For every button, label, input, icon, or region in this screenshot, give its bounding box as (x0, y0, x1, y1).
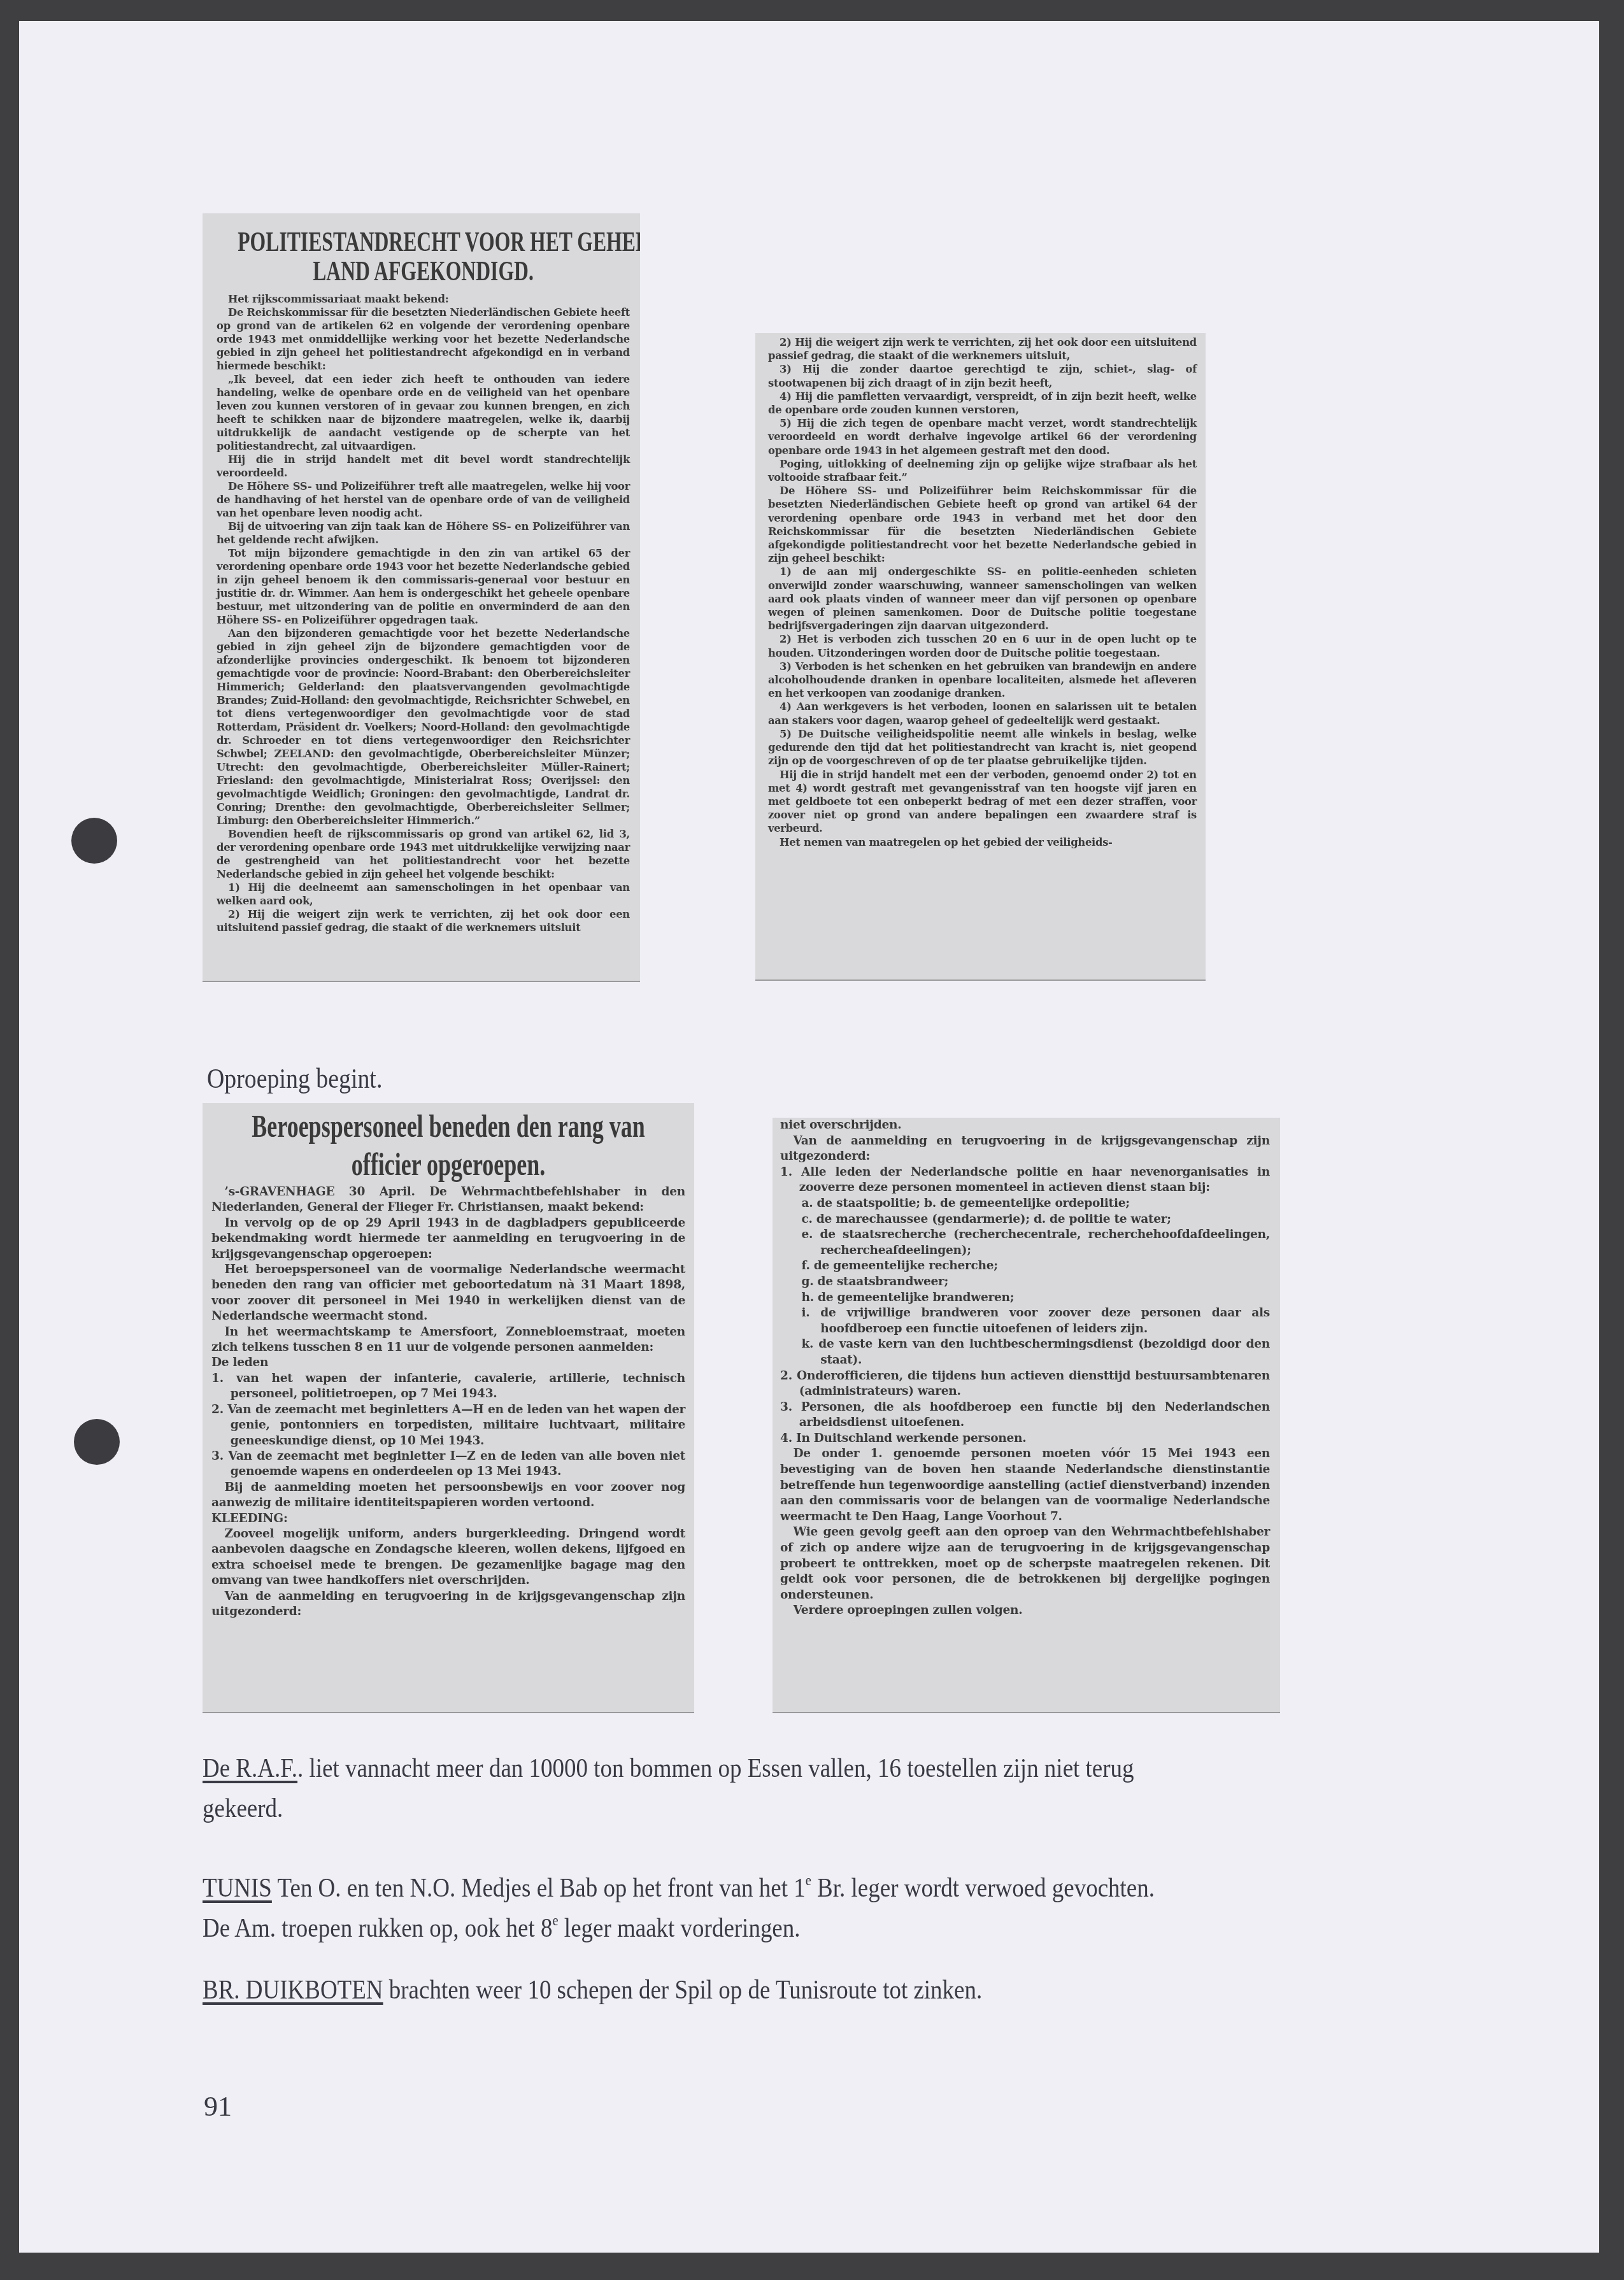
clipping-list-item: 1. van het wapen der infanterie, cavaler… (211, 1371, 685, 1402)
clipping-paragraph: 2) Het is verboden zich tusschen 20 en 6… (768, 632, 1197, 659)
punch-hole-lower (74, 1419, 120, 1465)
clipping-list-item: 4. In Duitschland werkende personen. (780, 1431, 1270, 1447)
clipping-paragraph: Zooveel mogelijk uniform, anders burgerk… (211, 1527, 685, 1589)
clipping-headline-line2: LAND AFGEKONDIGD. (238, 257, 608, 286)
clipping-paragraph: In vervolg op de op 29 April 1943 in de … (211, 1216, 685, 1262)
note-tunis-line1: TUNIS Ten O. en ten N.O. Medjes el Bab o… (203, 1872, 1155, 1904)
clipping-paragraph: 3) Hij die zonder daartoe gerechtigd te … (768, 362, 1197, 389)
clipping-sub-item: k. de vaste kern van den luchtbeschermin… (780, 1337, 1270, 1368)
newspaper-clipping-politiestandrecht-part1: POLITIESTANDRECHT VOOR HET GEHEELE LAND … (203, 213, 640, 982)
note-tunis-line2: De Am. troepen rukken op, ook het 8e leg… (203, 1913, 801, 1944)
clipping-paragraph: Bij de uitvoering van zijn taak kan de H… (217, 520, 630, 546)
clipping-paragraph: Aan den bijzonderen gemachtigde voor het… (217, 627, 630, 827)
clipping-paragraph: Verdere oproepingen zullen volgen. (780, 1603, 1270, 1619)
clipping-headline-line1: POLITIESTANDRECHT VOOR HET GEHEELE (238, 227, 608, 257)
clipping-sub-item: a. de staatspolitie; b. de gemeentelijke… (780, 1196, 1270, 1212)
note-tunis-text: De Am. troepen rukken op, ook het 8 (203, 1913, 552, 1943)
clipping-sub-item: e. de staatsrecherche (recherchecentrale… (780, 1227, 1270, 1258)
clipping-paragraph: Tot mijn bijzondere gemachtigde in den z… (217, 546, 630, 627)
punch-hole-upper (71, 818, 117, 864)
clipping-paragraph: Het beroepspersoneel van de voormalige N… (211, 1262, 685, 1325)
note-tunis-text: Ten O. en ten N.O. Medjes el Bab op het … (272, 1873, 806, 1903)
note-duikboten-text: brachten weer 10 schepen der Spil op de … (383, 1975, 983, 2005)
clipping-paragraph: 5) Hij die zich tegen de openbare macht … (768, 417, 1197, 457)
clipping-paragraph: 4) Aan werkgevers is het verboden, loone… (768, 700, 1197, 727)
page-number: 91 (204, 2090, 232, 2123)
clipping-paragraph: 2) Hij die weigert zijn werk te verricht… (768, 336, 1197, 362)
clipping-list-item: 2. Onderofficieren, die tijdens hun acti… (780, 1369, 1270, 1400)
clipping-list-item: 3. Van de zeemacht met beginletter I—Z e… (211, 1449, 685, 1480)
clipping-paragraph: 1) de aan mij ondergeschikte SS- en poli… (768, 565, 1197, 632)
clipping-paragraph: Bij de aanmelding moeten het persoonsbew… (211, 1480, 685, 1511)
clipping-paragraph: De onder 1. genoemde personen moeten vóó… (780, 1446, 1270, 1525)
clipping-paragraph: Het rijkscommissariaat maakt bekend: (217, 292, 630, 306)
clipping-paragraph: 1) Hij die deelneemt aan samenscholingen… (217, 881, 630, 908)
clipping-paragraph: Het nemen van maatregelen op het gebied … (768, 836, 1197, 849)
clipping-paragraph: 2) Hij die weigert zijn werk te verricht… (217, 908, 630, 934)
note-duikboten: BR. DUIKBOTEN brachten weer 10 schepen d… (203, 1974, 982, 2006)
clipping-list-item: 1. Alle leden der Nederlandsche politie … (780, 1165, 1270, 1196)
clipping-paragraph: 3) Verboden is het schenken en het gebru… (768, 660, 1197, 701)
clipping-paragraph: Poging, uitlokking of deelneming zijn op… (768, 457, 1197, 484)
clipping-paragraph: 4) Hij die pamfletten vervaardigt, versp… (768, 390, 1197, 417)
clipping-paragraph: Wie geen gevolg geeft aan den oproep van… (780, 1525, 1270, 1603)
clipping-paragraph: De Höhere SS- und Polizeiführer treft al… (217, 480, 630, 520)
clipping-paragraph: Van de aanmelding en terugvoering in de … (780, 1134, 1270, 1165)
note-raf-label: De R.A.F. (203, 1753, 297, 1783)
clipping-sub-item: g. de staatsbrandweer; (780, 1274, 1270, 1290)
clipping-sub-item: h. de gemeentelijke brandweren; (780, 1290, 1270, 1306)
clipping-paragraph: In het weermachtskamp te Amersfoort, Zon… (211, 1325, 685, 1356)
clipping-paragraph: 5) De Duitsche veiligheidspolitie neemt … (768, 727, 1197, 768)
clipping-list-item: 3. Personen, die als hoofdberoep een fun… (780, 1400, 1270, 1431)
clipping-paragraph: Hij die in strijd handelt met dit bevel … (217, 453, 630, 480)
newspaper-clipping-politiestandrecht-part2: 2) Hij die weigert zijn werk te verricht… (755, 333, 1206, 981)
clipping-headline-line2: officier opgeroepen. (223, 1146, 674, 1182)
note-raf-line2: gekeerd. (203, 1793, 283, 1824)
clipping-paragraph: Bovendien heeft de rijkscommissaris op g… (217, 827, 630, 881)
clipping-headline-line1: Beroepspersoneel beneden den rang van (223, 1108, 674, 1144)
clipping-paragraph: De Höhere SS- und Polizeiführer beim Rei… (768, 484, 1197, 565)
note-raf-line1: De R.A.F.. liet vannacht meer dan 10000 … (203, 1753, 1134, 1784)
note-raf-text-cont: gekeerd. (203, 1793, 283, 1823)
note-raf-text: . liet vannacht meer dan 10000 ton bomme… (297, 1753, 1134, 1783)
note-tunis-label: TUNIS (203, 1873, 272, 1903)
newspaper-clipping-beroepspersoneel-part2: niet overschrijden. Van de aanmelding en… (773, 1118, 1280, 1713)
newspaper-clipping-beroepspersoneel-part1: Beroepspersoneel beneden den rang van of… (203, 1103, 694, 1713)
clipping-paragraph: „Ik beveel, dat een ieder zich heeft te … (217, 373, 630, 453)
note-duikboten-label: BR. DUIKBOTEN (203, 1975, 383, 2005)
clipping-section-heading: KLEEDING: (211, 1511, 685, 1527)
clipping-sub-item: i. de vrijwillige brandweren voor zoover… (780, 1306, 1270, 1337)
clipping-sub-item: c. de marechaussee (gendarmerie); d. de … (780, 1212, 1270, 1228)
ordinal-superscript: e (552, 1913, 558, 1929)
clipping-paragraph: Van de aanmelding en terugvoering in de … (211, 1589, 685, 1620)
clipping-paragraph: De Reichskommissar für die besetzten Nie… (217, 306, 630, 373)
clipping-paragraph: ’s-GRAVENHAGE 30 April. De Wehrmachtbefe… (211, 1185, 685, 1216)
note-tunis-text: Br. leger wordt verwoed gevochten. (811, 1873, 1155, 1903)
clipping-sub-item: f. de gemeentelijke recherche; (780, 1258, 1270, 1274)
clipping-list-item: 2. Van de zeemacht met beginletters A—H … (211, 1402, 685, 1449)
handwritten-caption: Oproeping begint. (207, 1062, 382, 1095)
clipping-list-heading: De leden (211, 1355, 685, 1371)
note-tunis-text: leger maakt vorderingen. (559, 1913, 801, 1943)
clipping-paragraph: niet overschrijden. (780, 1118, 1270, 1134)
clipping-paragraph: Hij die in strijd handelt met een der ve… (768, 768, 1197, 836)
